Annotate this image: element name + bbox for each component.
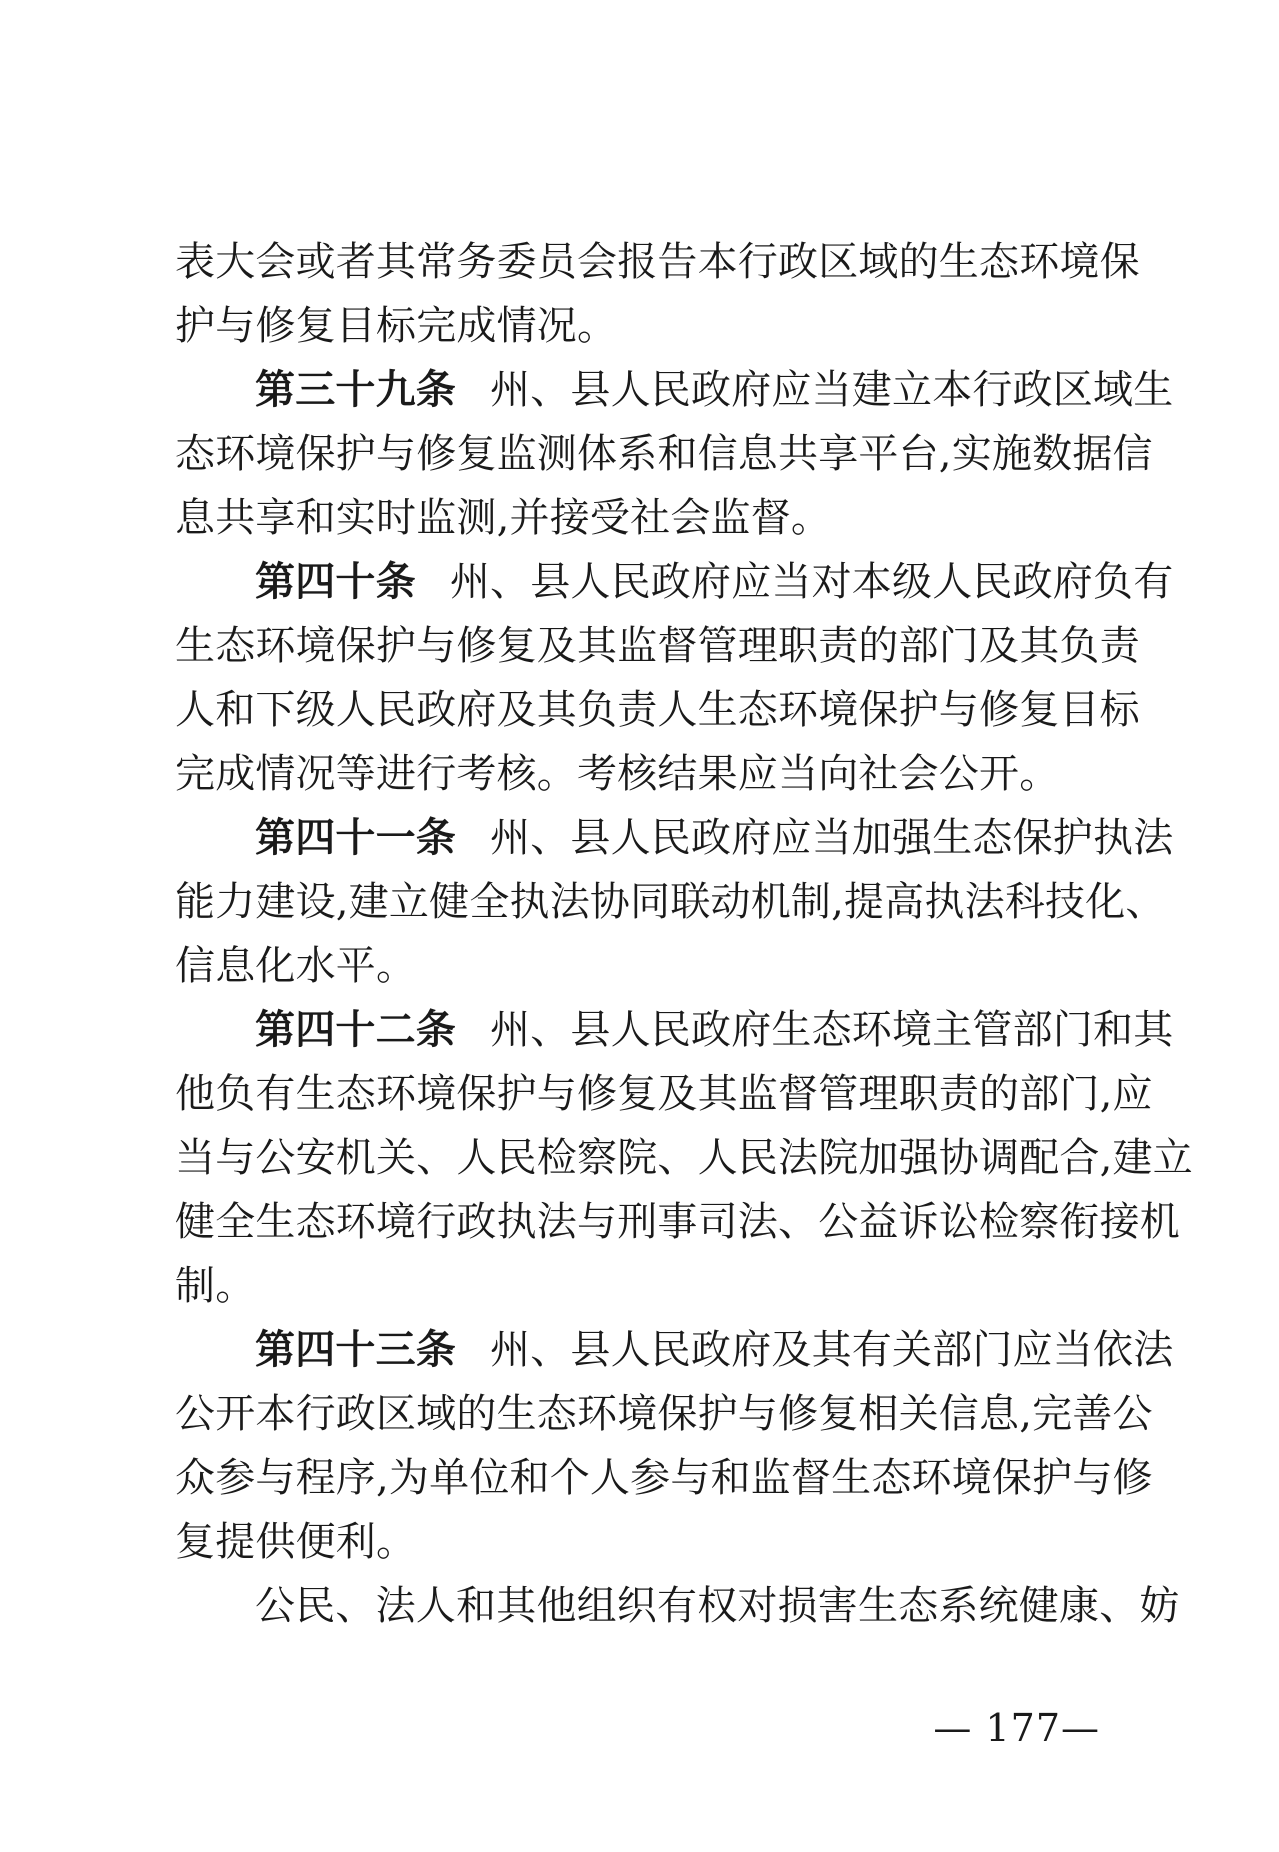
text-line: 公民、法人和其他组织有权对损害生态系统健康、妨 xyxy=(175,1574,1115,1638)
text-line: 第四十一条州、县人民政府应当加强生态保护执法 xyxy=(175,806,1115,870)
line-text: 公民、法人和其他组织有权对损害生态系统健康、妨 xyxy=(255,1583,1180,1629)
text-line: 信息化水平。 xyxy=(175,934,1115,998)
page-number: — 177— xyxy=(933,1706,1100,1750)
line-text: 当与公安机关、人民检察院、人民法院加强协调配合,建立 xyxy=(175,1135,1193,1181)
line-text: 州、县人民政府生态环境主管部门和其 xyxy=(490,1007,1173,1053)
text-line: 人和下级人民政府及其负责人生态环境保护与修复目标 xyxy=(175,678,1115,742)
text-line: 第三十九条州、县人民政府应当建立本行政区域生 xyxy=(175,358,1115,422)
line-text: 公开本行政区域的生态环境保护与修复相关信息,完善公 xyxy=(175,1391,1153,1437)
text-line: 生态环境保护与修复及其监督管理职责的部门及其负责 xyxy=(175,614,1115,678)
line-text: 健全生态环境行政执法与刑事司法、公益诉讼检察衔接机 xyxy=(175,1199,1180,1245)
line-text: 制。 xyxy=(175,1263,255,1309)
article-number: 第四十一条 xyxy=(255,815,456,861)
text-line: 息共享和实时监测,并接受社会监督。 xyxy=(175,486,1115,550)
line-text: 态环境保护与修复监测体系和信息共享平台,实施数据信 xyxy=(175,431,1153,477)
text-line: 表大会或者其常务委员会报告本行政区域的生态环境保 xyxy=(175,230,1115,294)
text-line: 第四十条州、县人民政府应当对本级人民政府负有 xyxy=(175,550,1115,614)
article-number: 第四十二条 xyxy=(255,1007,456,1053)
line-text: 州、县人民政府及其有关部门应当依法 xyxy=(490,1327,1173,1373)
line-text: 复提供便利。 xyxy=(175,1519,416,1565)
line-text: 生态环境保护与修复及其监督管理职责的部门及其负责 xyxy=(175,623,1140,669)
line-text: 州、县人民政府应当加强生态保护执法 xyxy=(490,815,1173,861)
text-block: 表大会或者其常务委员会报告本行政区域的生态环境保护与修复目标完成情况。第三十九条… xyxy=(175,230,1115,1638)
text-line: 公开本行政区域的生态环境保护与修复相关信息,完善公 xyxy=(175,1382,1115,1446)
text-line: 护与修复目标完成情况。 xyxy=(175,294,1115,358)
text-line: 能力建设,建立健全执法协同联动机制,提高执法科技化、 xyxy=(175,870,1115,934)
text-line: 他负有生态环境保护与修复及其监督管理职责的部门,应 xyxy=(175,1062,1115,1126)
text-line: 制。 xyxy=(175,1254,1115,1318)
line-text: 众参与程序,为单位和个人参与和监督生态环境保护与修 xyxy=(175,1455,1153,1501)
text-line: 第四十二条州、县人民政府生态环境主管部门和其 xyxy=(175,998,1115,1062)
article-number: 第三十九条 xyxy=(255,367,456,413)
text-line: 当与公安机关、人民检察院、人民法院加强协调配合,建立 xyxy=(175,1126,1115,1190)
article-number: 第四十条 xyxy=(255,559,416,605)
line-text: 州、县人民政府应当对本级人民政府负有 xyxy=(450,559,1174,605)
line-text: 完成情况等进行考核。考核结果应当向社会公开。 xyxy=(175,751,1059,797)
document-page: 表大会或者其常务委员会报告本行政区域的生态环境保护与修复目标完成情况。第三十九条… xyxy=(0,0,1279,1852)
line-text: 州、县人民政府应当建立本行政区域生 xyxy=(490,367,1173,413)
text-line: 健全生态环境行政执法与刑事司法、公益诉讼检察衔接机 xyxy=(175,1190,1115,1254)
line-text: 护与修复目标完成情况。 xyxy=(175,303,617,349)
line-text: 表大会或者其常务委员会报告本行政区域的生态环境保 xyxy=(175,239,1140,285)
line-text: 息共享和实时监测,并接受社会监督。 xyxy=(175,495,831,541)
line-text: 信息化水平。 xyxy=(175,943,416,989)
text-line: 众参与程序,为单位和个人参与和监督生态环境保护与修 xyxy=(175,1446,1115,1510)
text-line: 第四十三条州、县人民政府及其有关部门应当依法 xyxy=(175,1318,1115,1382)
line-text: 人和下级人民政府及其负责人生态环境保护与修复目标 xyxy=(175,687,1140,733)
article-number: 第四十三条 xyxy=(255,1327,456,1373)
text-line: 复提供便利。 xyxy=(175,1510,1115,1574)
line-text: 他负有生态环境保护与修复及其监督管理职责的部门,应 xyxy=(175,1071,1153,1117)
text-line: 态环境保护与修复监测体系和信息共享平台,实施数据信 xyxy=(175,422,1115,486)
text-line: 完成情况等进行考核。考核结果应当向社会公开。 xyxy=(175,742,1115,806)
line-text: 能力建设,建立健全执法协同联动机制,提高执法科技化、 xyxy=(175,879,1166,925)
